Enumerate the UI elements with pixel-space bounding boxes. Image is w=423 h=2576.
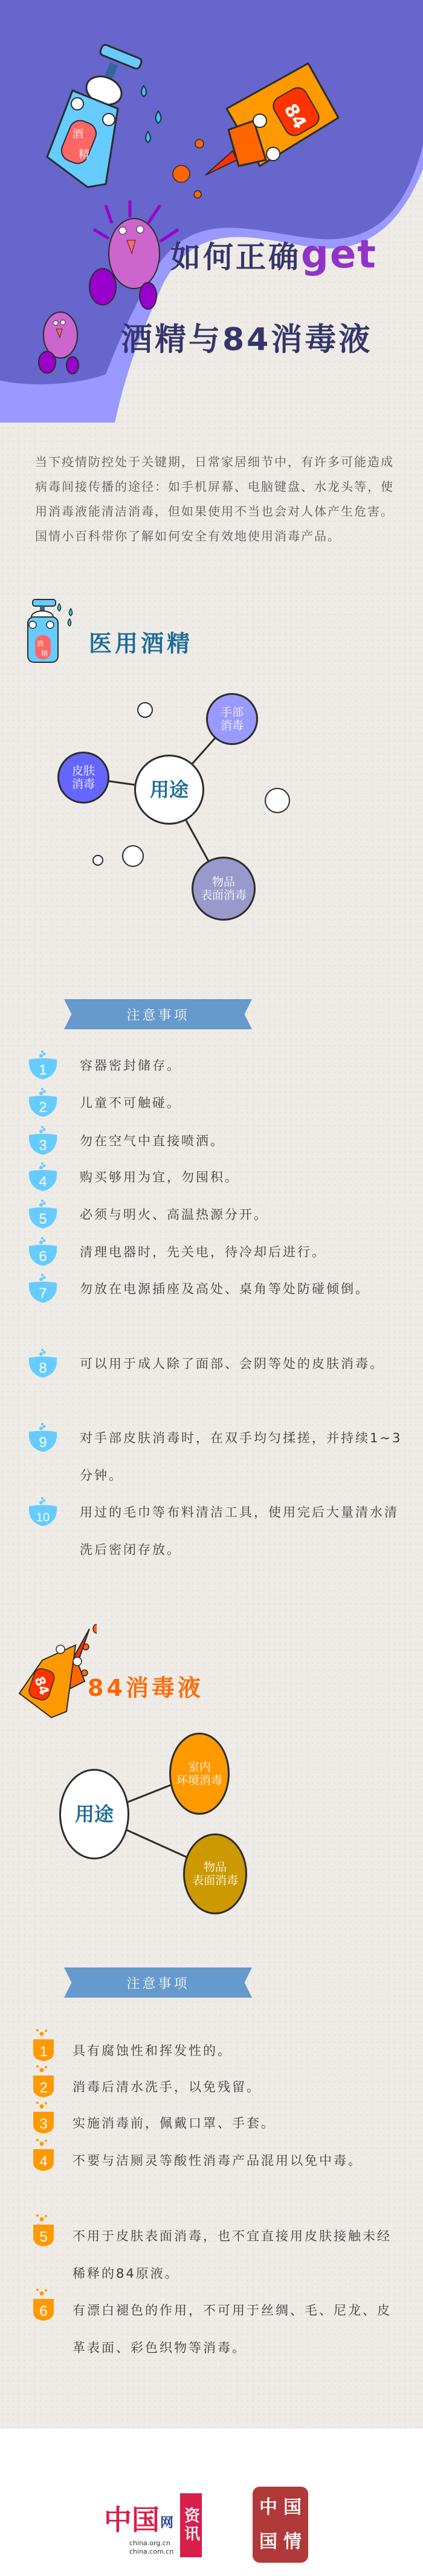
number-badge-icon: 1 [28, 1049, 58, 1079]
decorative-bubble [92, 855, 103, 866]
svg-text:5: 5 [39, 1211, 47, 1227]
china-net-mark: 中国 [104, 2498, 160, 2538]
logo-char: 国 [259, 2533, 277, 2551]
note-text: 购买够用为宜，勿囤积。 [80, 1159, 406, 1196]
domain-1: china.org.cn [129, 2539, 170, 2548]
note-text: 用过的毛巾等布料清洁工具，使用完后大量清水清洗后密闭存放。 [80, 1494, 406, 1568]
number-badge-icon: 4 [31, 2138, 62, 2169]
svg-text:精: 精 [41, 649, 48, 657]
svg-text:5: 5 [39, 2229, 47, 2245]
note-text: 勿在空气中直接喷洒。 [80, 1122, 406, 1160]
note-text: 不用于皮肤表面消毒，也不宜直接用皮肤接触未经稀释的84原液。 [73, 2217, 399, 2292]
title-accent-get: get [301, 232, 377, 277]
note-text: 可以用于成人除了面部、会阴等处的皮肤消毒。 [80, 1345, 406, 1382]
number-badge-icon: 6 [31, 2288, 62, 2318]
title-prefix: 如何正确 [170, 240, 301, 275]
hero-title-line1: 如何正确get [170, 232, 377, 277]
84-usage-center: 用途 [59, 1769, 129, 1859]
decorative-bubble [122, 845, 144, 867]
decorative-bubble [137, 702, 153, 718]
84-notes-banner: 注意事项 [64, 1967, 252, 1998]
svg-text:9: 9 [39, 1434, 47, 1451]
svg-text:3: 3 [39, 1137, 47, 1154]
usage-node-skin: 皮肤 消毒 [57, 752, 109, 804]
usage-node-surfaces: 物品 表面消毒 [192, 857, 256, 921]
svg-text:7: 7 [39, 1285, 47, 1302]
note-text: 容器密封储存。 [80, 1047, 406, 1084]
svg-text:精: 精 [79, 149, 89, 161]
number-badge-icon: 2 [28, 1087, 58, 1117]
alcohol-notes-banner: 注意事项 [64, 999, 252, 1029]
note-text: 消毒后清水洗手，以免残留。 [73, 2068, 399, 2106]
note-text: 清理电器时，先关电，待冷却后进行。 [80, 1233, 406, 1271]
number-badge-icon: 9 [28, 1422, 58, 1452]
intro-paragraph: 当下疫情防控处于关键期，日常家居细节中，有许多可能造成病毒间接传播的途径：如手机… [35, 450, 398, 549]
logo-char: 情 [283, 2533, 302, 2551]
usage-node-indoor: 室内 环境消毒 [169, 1733, 230, 1815]
usage-node-surfaces-84: 物品 表面消毒 [183, 1833, 247, 1914]
logo-char: 中 [259, 2499, 277, 2517]
hero-illustration: 酒 精 84 [0, 0, 423, 423]
number-badge-icon: 5 [28, 1198, 58, 1229]
note-text: 有漂白褪色的作用，不可用于丝绸、毛、尼龙、皮革表面、彩色织物等消毒。 [73, 2292, 399, 2367]
number-badge-icon: 10 [28, 1496, 58, 1526]
svg-text:2: 2 [39, 2080, 47, 2096]
svg-text:8: 8 [39, 1360, 47, 1376]
decorative-bubble [265, 788, 290, 813]
alcohol-bottle-icon: 酒 精 [27, 598, 81, 667]
alcohol-usage-center: 用途 [134, 755, 204, 825]
svg-text:酒: 酒 [37, 640, 44, 648]
svg-text:4: 4 [39, 1174, 47, 1190]
china-net-logo: 中国 网 资讯 china.org.cn china.com.cn [103, 2487, 208, 2560]
svg-text:6: 6 [39, 2303, 47, 2319]
number-badge-icon: 7 [28, 1273, 58, 1303]
usage-node-hands: 手部 消毒 [206, 693, 258, 745]
news-badge: 资讯 [180, 2493, 202, 2557]
number-badge-icon: 3 [28, 1125, 58, 1155]
number-badge-icon: 2 [31, 2065, 62, 2095]
number-badge-icon: 3 [31, 2101, 62, 2131]
alcohol-section-title: 医用酒精 [89, 625, 193, 658]
note-text: 必须与明火、高温热源分开。 [80, 1196, 406, 1233]
domain-2: china.com.cn [129, 2548, 173, 2556]
note-text: 实施消毒前，佩戴口罩、手套。 [73, 2105, 399, 2142]
number-badge-icon: 4 [28, 1161, 58, 1191]
note-text: 勿放在电源插座及高处、桌角等处防碰倾倒。 [80, 1270, 406, 1308]
china-net-wang: 网 [160, 2513, 173, 2531]
svg-text:酒: 酒 [73, 128, 83, 141]
svg-text:6: 6 [39, 1248, 47, 1265]
hero-title-line2: 酒精与84消毒液 [121, 314, 372, 359]
note-text: 不要与洁厕灵等酸性消毒产品混用以免中毒。 [73, 2142, 399, 2179]
84-section-title: 84消毒液 [88, 1669, 204, 1702]
note-text: 对手部皮肤消毒时，在双手均匀揉搓，并持续1~3分钟。 [80, 1419, 406, 1494]
svg-text:1: 1 [39, 2044, 47, 2060]
svg-text:1: 1 [39, 1062, 47, 1078]
84-bottle-icon: 84 [18, 1624, 97, 1727]
svg-text:10: 10 [36, 1511, 50, 1524]
number-badge-icon: 5 [31, 2214, 62, 2244]
note-text: 具有腐蚀性和挥发性的。 [73, 2032, 399, 2069]
svg-text:4: 4 [39, 2153, 47, 2170]
svg-text:3: 3 [39, 2116, 47, 2132]
logo-char: 国 [283, 2499, 302, 2517]
number-badge-icon: 8 [28, 1347, 58, 1378]
number-badge-icon: 6 [28, 1236, 58, 1266]
svg-text:2: 2 [39, 1099, 47, 1116]
note-text: 儿童不可触碰。 [80, 1084, 406, 1122]
china-guoqing-logo: 中 国 国 情 [253, 2487, 308, 2563]
number-badge-icon: 1 [31, 2028, 62, 2059]
